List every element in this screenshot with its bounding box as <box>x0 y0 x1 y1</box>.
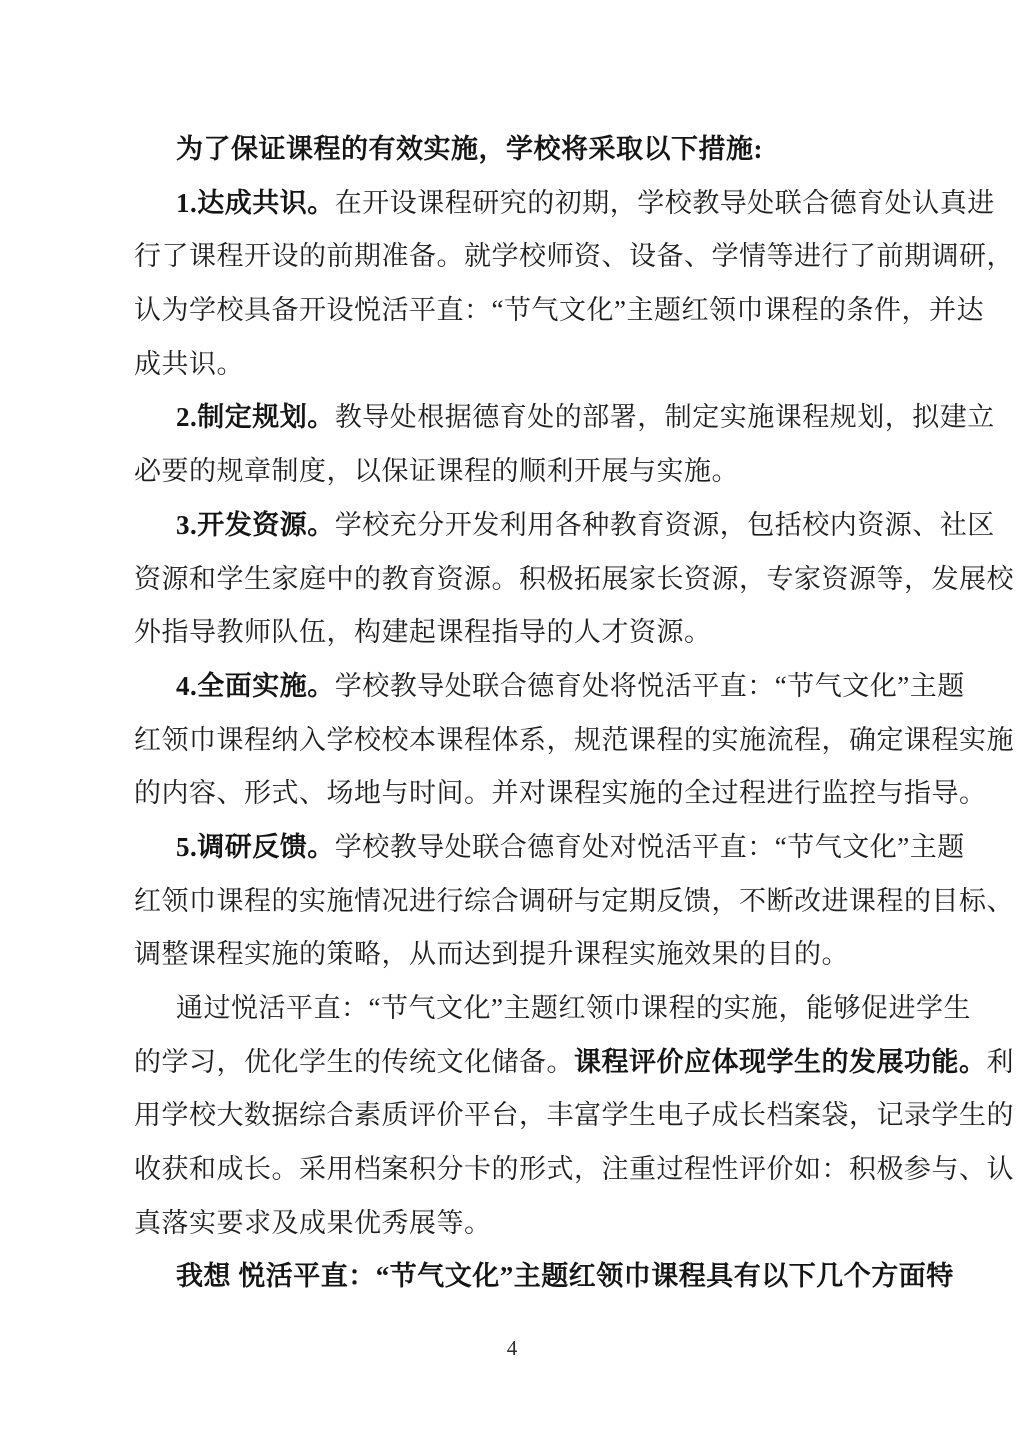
text-run: 的内容、形式、场地与时间。并对课程实施的全过程进行监控与指导。 <box>134 778 987 808</box>
text-run: 利 <box>987 1047 1015 1077</box>
text-run: 用学校大数据综合素质评价平台，丰富学生电子成长档案袋，记录学生的 <box>134 1100 1014 1130</box>
text-line: 5.调研反馈。学校教导处联合德育处对悦活平直：“节气文化”主题 <box>134 821 888 875</box>
text-run: 的学习，优化学生的传统文化储备。 <box>134 1047 574 1077</box>
text-run: 必要的规章制度，以保证课程的顺利开展与实施。 <box>134 456 739 486</box>
text-run: 在开设课程研究的初期，学校教导处联合德育处认真进 <box>335 188 995 218</box>
text-line: 1.达成共识。在开设课程研究的初期，学校教导处联合德育处认真进 <box>134 177 888 231</box>
text-run: 学校充分开发利用各种教育资源，包括校内资源、社区 <box>335 510 995 540</box>
bold-text-run: 3.开发资源。 <box>176 510 335 540</box>
text-run: 资源和学生家庭中的教育资源。积极拓展家长资源，专家资源等，发展校 <box>134 564 1014 594</box>
document-body: 为了保证课程的有效实施，学校将采取以下措施:1.达成共识。在开设课程研究的初期，… <box>134 123 888 1304</box>
text-run: 红领巾课程纳入学校校本课程体系，规范课程的实施流程，确定课程实施 <box>134 725 1014 755</box>
bold-text-run: 4.全面实施。 <box>176 671 335 701</box>
text-line: 为了保证课程的有效实施，学校将采取以下措施: <box>134 123 888 177</box>
text-line: 通过悦活平直：“节气文化”主题红领巾课程的实施，能够促进学生 <box>134 982 888 1036</box>
text-run: 收获和成长。采用档案积分卡的形式，注重过程性评价如：积极参与、认 <box>134 1154 1014 1184</box>
bold-text-run: 5.调研反馈。 <box>176 832 335 862</box>
text-line: 调整课程实施的策略，从而达到提升课程实施效果的目的。 <box>134 928 888 982</box>
text-line: 用学校大数据综合素质评价平台，丰富学生电子成长档案袋，记录学生的 <box>134 1089 888 1143</box>
text-line: 3.开发资源。学校充分开发利用各种教育资源，包括校内资源、社区 <box>134 499 888 553</box>
text-run: 通过悦活平直：“节气文化”主题红领巾课程的实施，能够促进学生 <box>176 993 971 1023</box>
text-line: 我想 悦活平直：“节气文化”主题红领巾课程具有以下几个方面特 <box>134 1250 888 1304</box>
bold-text-run: 为了保证课程的有效实施，学校将采取以下措施: <box>176 134 763 164</box>
document-page: 为了保证课程的有效实施，学校将采取以下措施:1.达成共识。在开设课程研究的初期，… <box>0 0 1024 1448</box>
text-run: 真落实要求及成果优秀展等。 <box>134 1208 492 1238</box>
text-run: 调整课程实施的策略，从而达到提升课程实施效果的目的。 <box>134 939 849 969</box>
text-line: 2.制定规划。教导处根据德育处的部署，制定实施课程规划，拟建立 <box>134 391 888 445</box>
text-line: 外指导教师队伍，构建起课程指导的人才资源。 <box>134 606 888 660</box>
text-line: 行了课程开设的前期准备。就学校师资、设备、学情等进行了前期调研， <box>134 230 888 284</box>
text-line: 的内容、形式、场地与时间。并对课程实施的全过程进行监控与指导。 <box>134 767 888 821</box>
text-run: 成共识。 <box>134 349 244 379</box>
text-line: 成共识。 <box>134 338 888 392</box>
text-run: 认为学校具备开设悦活平直：“节气文化”主题红领巾课程的条件，并达 <box>134 295 984 325</box>
text-line: 真落实要求及成果优秀展等。 <box>134 1197 888 1251</box>
text-run: 红领巾课程的实施情况进行综合调研与定期反馈，不断改进课程的目标、 <box>134 886 1014 916</box>
text-run: 学校教导处联合德育处对悦活平直：“节气文化”主题 <box>335 832 965 862</box>
bold-text-run: 我想 悦活平直：“节气文化”主题红领巾课程具有以下几个方面特 <box>176 1261 954 1291</box>
bold-text-run: 2.制定规划。 <box>176 402 335 432</box>
text-line: 资源和学生家庭中的教育资源。积极拓展家长资源，专家资源等，发展校 <box>134 553 888 607</box>
text-run: 行了课程开设的前期准备。就学校师资、设备、学情等进行了前期调研， <box>134 241 1014 271</box>
text-run: 外指导教师队伍，构建起课程指导的人才资源。 <box>134 617 712 647</box>
text-run: 教导处根据德育处的部署，制定实施课程规划，拟建立 <box>335 402 995 432</box>
text-line: 4.全面实施。学校教导处联合德育处将悦活平直：“节气文化”主题 <box>134 660 888 714</box>
text-line: 认为学校具备开设悦活平直：“节气文化”主题红领巾课程的条件，并达 <box>134 284 888 338</box>
text-line: 的学习，优化学生的传统文化储备。课程评价应体现学生的发展功能。利 <box>134 1036 888 1090</box>
bold-text-run: 1.达成共识。 <box>176 188 335 218</box>
bold-text-run: 课程评价应体现学生的发展功能。 <box>574 1047 987 1077</box>
page-number: 4 <box>507 1336 518 1360</box>
text-run: 学校教导处联合德育处将悦活平直：“节气文化”主题 <box>335 671 965 701</box>
page-footer: 4 <box>0 1336 1024 1361</box>
text-line: 收获和成长。采用档案积分卡的形式，注重过程性评价如：积极参与、认 <box>134 1143 888 1197</box>
text-line: 必要的规章制度，以保证课程的顺利开展与实施。 <box>134 445 888 499</box>
text-line: 红领巾课程的实施情况进行综合调研与定期反馈，不断改进课程的目标、 <box>134 875 888 929</box>
text-line: 红领巾课程纳入学校校本课程体系，规范课程的实施流程，确定课程实施 <box>134 714 888 768</box>
